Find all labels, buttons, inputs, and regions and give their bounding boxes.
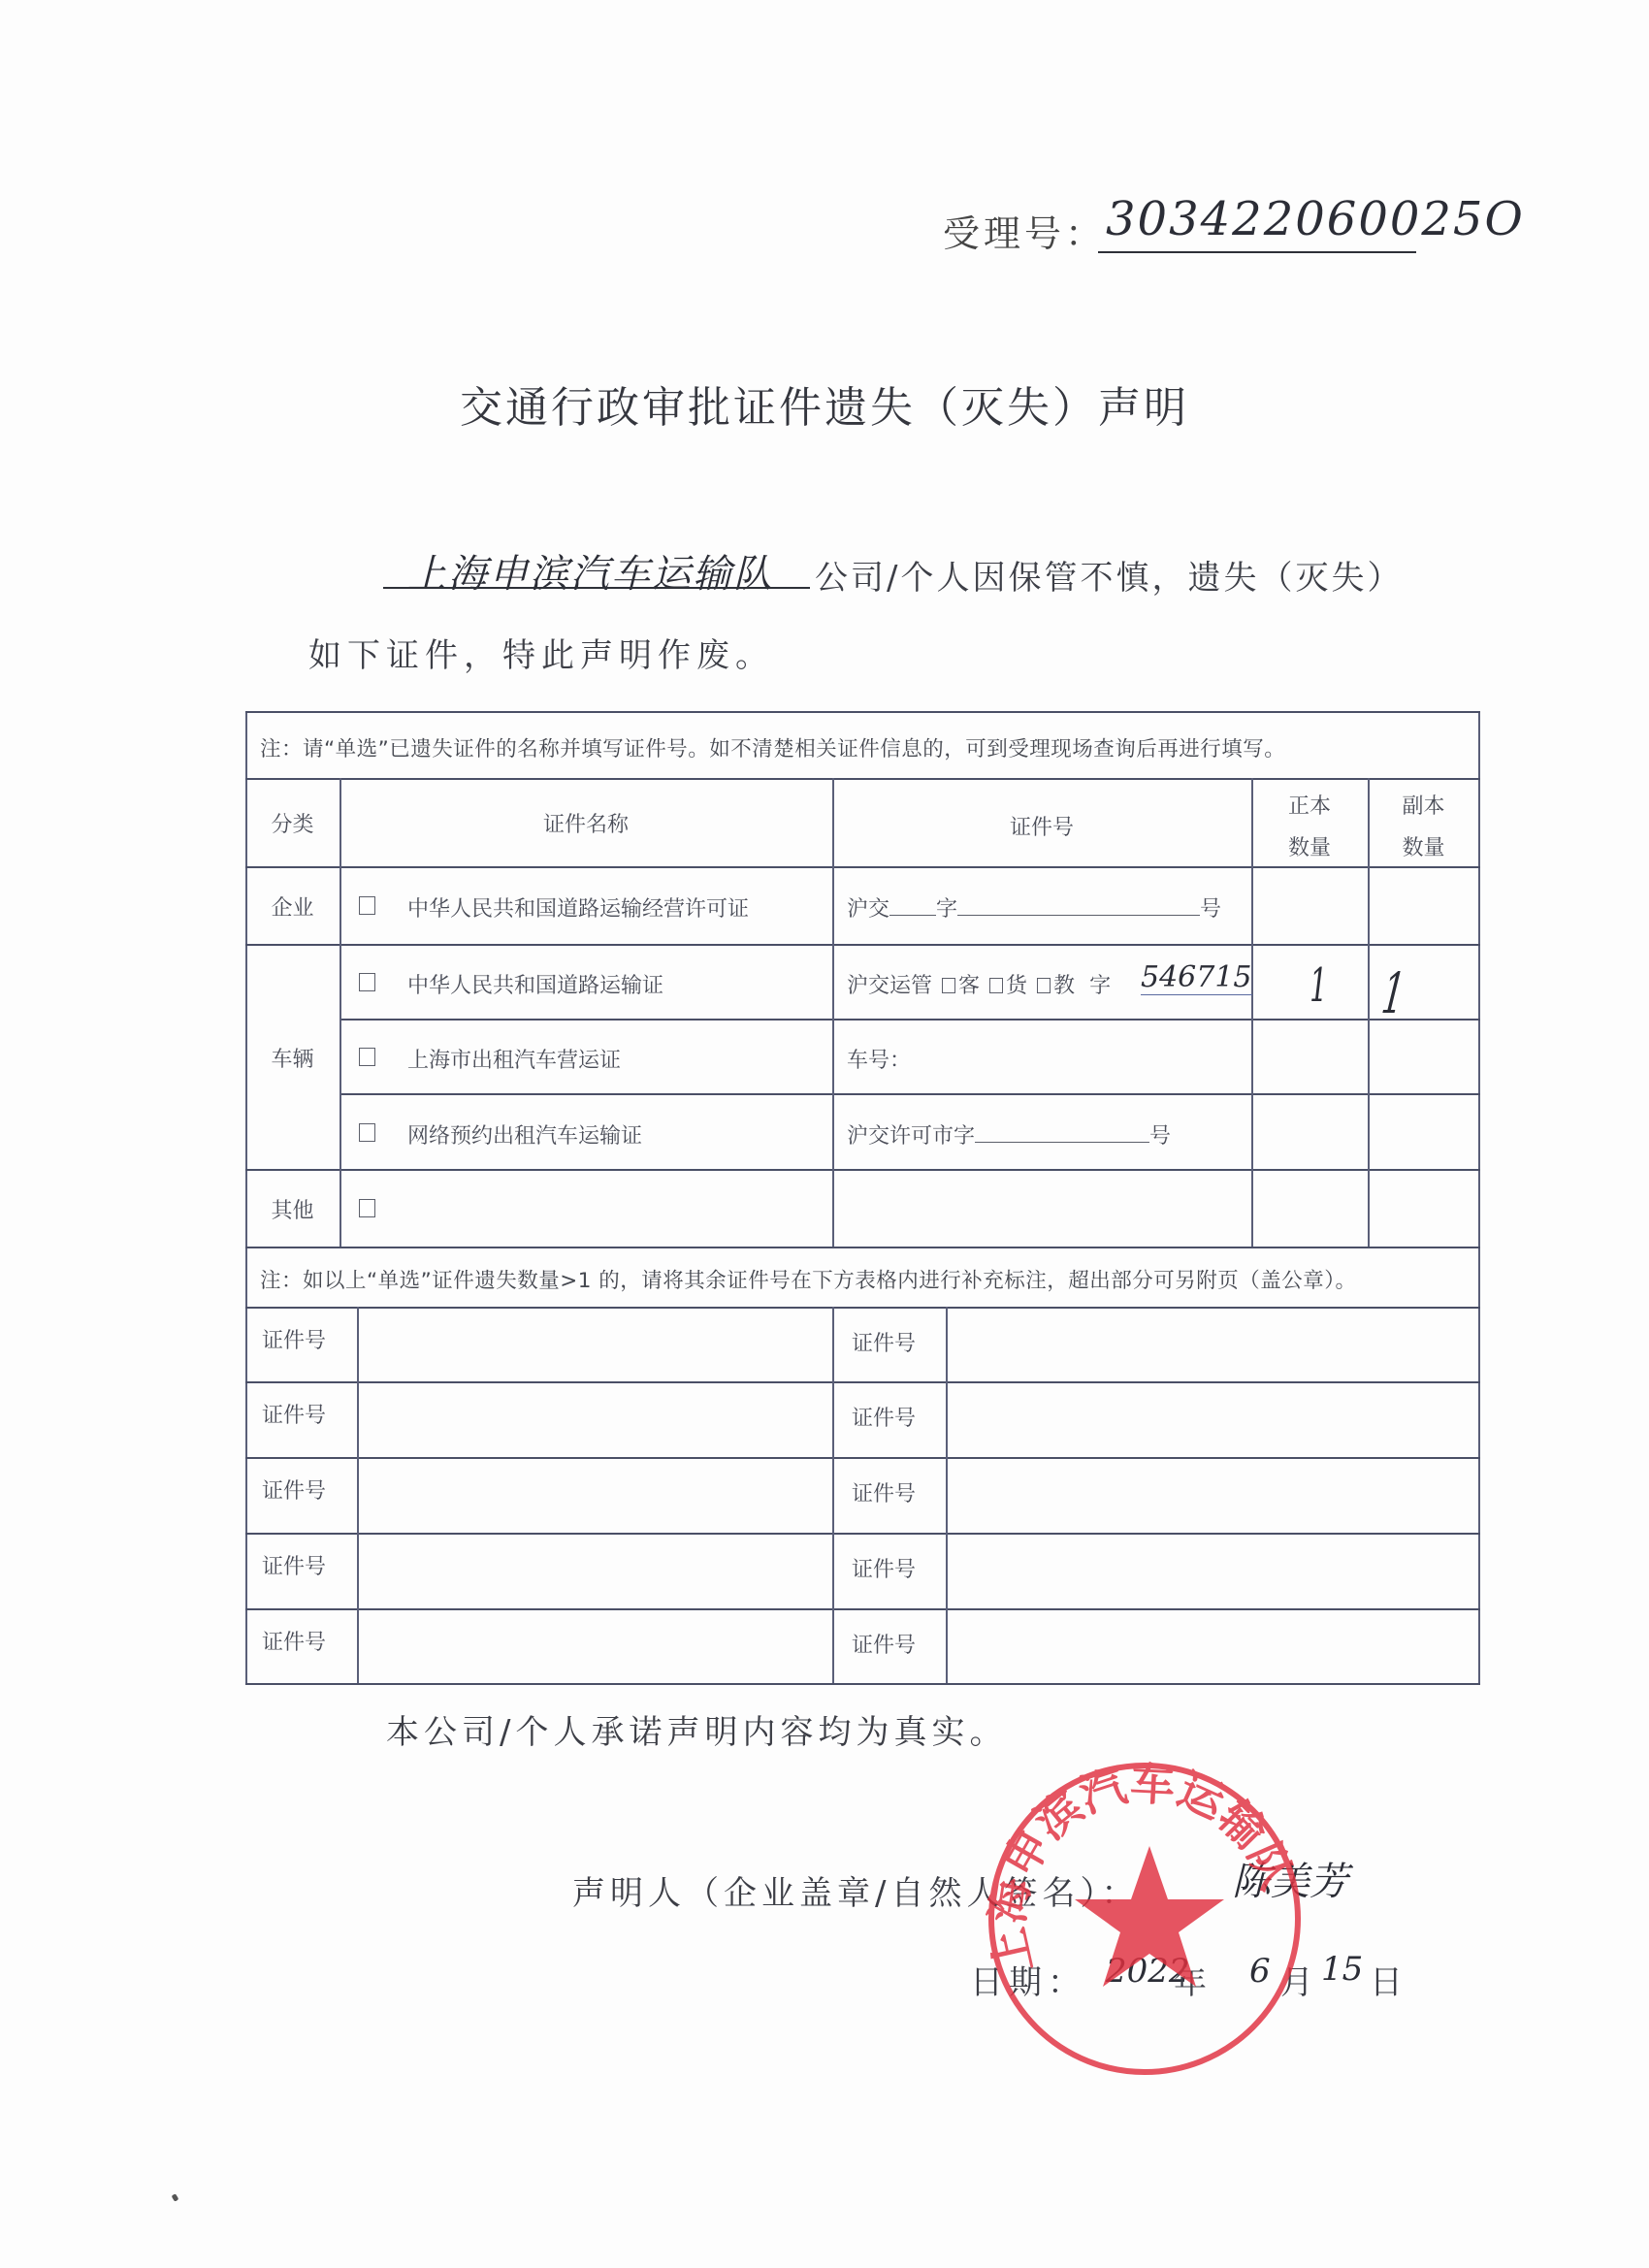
number-blank-1[interactable]: [889, 897, 936, 916]
company-seal-stamp: 上海申滨汽车运输队: [980, 1754, 1309, 2084]
date-label: 日期：: [970, 1956, 1086, 2003]
table-line: [339, 1019, 1480, 1021]
supplement-label: 证件号: [852, 1553, 916, 1583]
certificate-name-taxi-certificate: 上海市出租汽车营运证: [407, 1044, 621, 1074]
category-enterprise: 企业: [245, 891, 339, 922]
number-prefix: 沪交许可市字: [847, 1124, 975, 1149]
signature-field[interactable]: 陈美芳: [1232, 1851, 1348, 1906]
option-cargo-label: 货: [1006, 974, 1027, 998]
supplement-input-right[interactable]: [948, 1535, 1477, 1607]
certificate-number-taxi-certificate[interactable]: 车号：: [847, 1044, 911, 1074]
number-suffix: 号: [1200, 897, 1221, 922]
supplement-input-right[interactable]: [948, 1383, 1477, 1456]
header-copy-qty-2: 数量: [1368, 831, 1479, 861]
supplement-input-left[interactable]: [359, 1459, 830, 1532]
header-certificate-name: 证件名称: [339, 808, 832, 838]
page-title: 交通行政审批证件遗失（灭失）声明: [0, 373, 1649, 435]
option-passenger-label: 客: [958, 974, 980, 998]
number-blank[interactable]: [975, 1124, 1149, 1143]
supplement-label: 证件号: [262, 1399, 326, 1429]
date-month-unit: 月: [1280, 1956, 1313, 2003]
acceptance-number-label: 受理号：: [943, 204, 1106, 257]
supplement-label: 证件号: [852, 1402, 916, 1432]
supplement-input-left[interactable]: [359, 1309, 830, 1380]
supplement-label: 证件号: [262, 1626, 326, 1656]
category-vehicle: 车辆: [245, 1043, 339, 1073]
category-other: 其他: [245, 1194, 339, 1224]
certificate-name-operating-permit: 中华人民共和国道路运输经营许可证: [407, 892, 749, 923]
statement-line-1: 公司/个人因保管不慎，遗失（灭失）: [815, 551, 1403, 599]
supplement-label: 证件号: [852, 1477, 916, 1507]
statement-line-2: 如下证件，特此声明作废。: [308, 629, 774, 676]
certificate-number-transport-certificate[interactable]: 沪交运管客货教 字: [847, 969, 1111, 999]
table-line: [245, 866, 1480, 868]
company-name-underline: [383, 587, 810, 589]
company-name-field[interactable]: 上海申滨汽车运输队: [407, 543, 774, 599]
table-line: [245, 711, 1480, 713]
header-original-qty-1: 正本: [1251, 790, 1368, 820]
checkbox-ride-hailing-certificate[interactable]: [359, 1123, 375, 1142]
number-suffix: 号: [1149, 1124, 1171, 1149]
supplement-input-right[interactable]: [948, 1610, 1477, 1682]
option-training-label: 教: [1053, 974, 1075, 998]
supplement-label: 证件号: [262, 1324, 326, 1354]
header-original-qty-2: 数量: [1251, 831, 1368, 861]
checkbox-cargo[interactable]: [989, 978, 1003, 993]
table-line: [339, 1093, 1480, 1095]
table-note-bottom: 注：如以上“单选”证件遗失数量>1 的，请将其余证件号在下方表格内进行补充标注，…: [260, 1264, 1357, 1294]
original-qty-transport[interactable]: 1: [1309, 958, 1327, 1013]
number-mid: 字: [1089, 974, 1111, 998]
supplement-input-right[interactable]: [948, 1459, 1477, 1532]
supplement-label: 证件号: [262, 1474, 326, 1505]
certificate-name-ride-hailing: 网络预约出租汽车运输证: [407, 1119, 642, 1150]
supplement-label: 证件号: [262, 1550, 326, 1580]
handwritten-certificate-number[interactable]: 546715: [1141, 960, 1252, 995]
certificate-number-operating-permit[interactable]: 沪交字号: [847, 892, 1221, 923]
supplement-label: 证件号: [852, 1327, 916, 1357]
checkbox-passenger[interactable]: [942, 978, 955, 993]
table-line: [245, 778, 1480, 780]
number-prefix: 沪交: [847, 897, 889, 922]
checkbox-operating-permit[interactable]: [359, 896, 375, 915]
table-line: [339, 778, 341, 1247]
table-line: [245, 1169, 1480, 1171]
header-certificate-number: 证件号: [832, 811, 1251, 841]
supplement-input-right[interactable]: [948, 1309, 1477, 1380]
supplement-input-left[interactable]: [359, 1610, 830, 1682]
date-day-unit: 日: [1370, 1956, 1403, 2003]
table-line: [832, 778, 834, 1247]
date-day-field[interactable]: 15: [1321, 1950, 1363, 1989]
checkbox-training[interactable]: [1037, 978, 1051, 993]
table-note-top: 注：请“单选”已遗失证件的名称并填写证件号。如不清楚相关证件信息的，可到受理现场…: [260, 732, 1285, 762]
seal-ring: [991, 1766, 1298, 2072]
certificate-name-transport-certificate: 中华人民共和国道路运输证: [407, 969, 663, 999]
checkbox-other[interactable]: [359, 1199, 375, 1217]
date-year-unit: 年: [1174, 1956, 1207, 2003]
promise-statement: 本公司/个人承诺声明内容均为真实。: [386, 1705, 1007, 1753]
date-month-field[interactable]: 6: [1249, 1952, 1271, 1991]
acceptance-number-underline: [1098, 251, 1416, 253]
declarant-label: 声明人（企业盖章/自然人签名）：: [572, 1866, 1139, 1914]
supplement-input-left[interactable]: [359, 1383, 830, 1456]
table-line: [245, 1247, 1480, 1248]
scan-speck: [172, 2193, 179, 2202]
checkbox-transport-certificate[interactable]: [359, 973, 375, 991]
certificate-number-ride-hailing[interactable]: 沪交许可市字号: [847, 1119, 1171, 1150]
header-copy-qty-1: 副本: [1368, 790, 1479, 820]
header-category: 分类: [245, 808, 339, 838]
supplement-label: 证件号: [852, 1629, 916, 1659]
number-mid: 字: [936, 897, 957, 922]
supplement-input-left[interactable]: [359, 1535, 830, 1607]
checkbox-taxi-certificate[interactable]: [359, 1048, 375, 1066]
number-blank-2[interactable]: [957, 897, 1200, 916]
table-line: [245, 1683, 1480, 1685]
acceptance-number-value[interactable]: 303422060025O: [1106, 192, 1525, 246]
copy-qty-transport[interactable]: 1: [1378, 960, 1408, 1026]
table-line: [245, 944, 1480, 946]
table-line: [832, 1307, 834, 1683]
number-prefix: 沪交运管: [847, 974, 932, 998]
